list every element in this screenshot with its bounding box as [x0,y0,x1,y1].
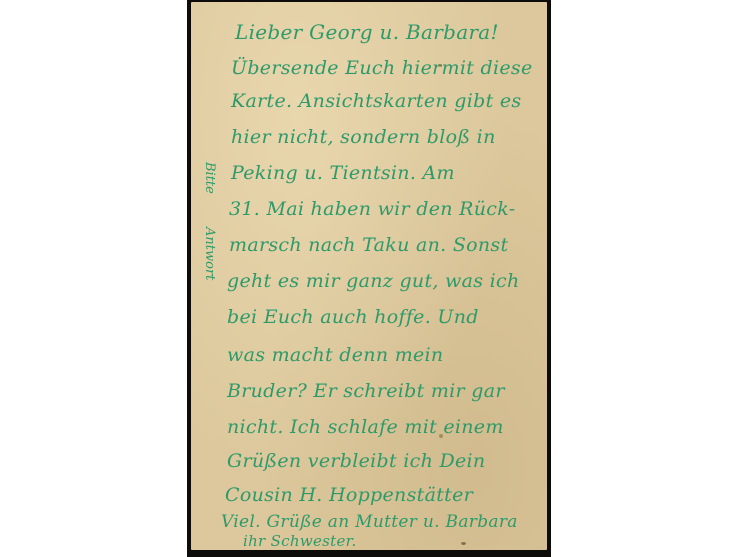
text-line: Bruder? Er schreibt mir gar [227,380,505,402]
postscript-line: ihr Schwester. [243,532,357,550]
signature-line: Cousin H. Hoppenstätter [225,484,473,506]
stain-spot [461,542,466,545]
stain-spot [438,64,441,67]
text-line: hier nicht, sondern bloß in [231,126,496,148]
text-line: Karte. Ansichtskarten gibt es [231,90,521,112]
text-line: bei Euch auch hoffe. Und [227,306,479,328]
stain-spot [439,434,443,438]
text-line: nicht. Ich schlafe mit einem [227,416,504,438]
postscript-line: Viel. Grüße an Mutter u. Barbara [221,512,518,532]
text-line: Grüßen verbleibt ich Dein [227,450,485,472]
text-line: Übersende Euch hiermit diese [231,57,533,79]
salutation-line: Lieber Georg u. Barbara! [235,20,499,44]
margin-note-bitte: Bitte [202,162,217,194]
margin-note-antwort: Antwort [202,227,217,280]
text-line: geht es mir ganz gut, was ich [227,270,520,292]
postcard: Lieber Georg u. Barbara! Übersende Euch … [191,2,547,550]
text-line: was macht denn mein [227,344,443,366]
text-line: Peking u. Tientsin. Am [231,162,455,184]
text-line: 31. Mai haben wir den Rück- [229,198,515,220]
text-line: marsch nach Taku an. Sonst [229,234,508,256]
